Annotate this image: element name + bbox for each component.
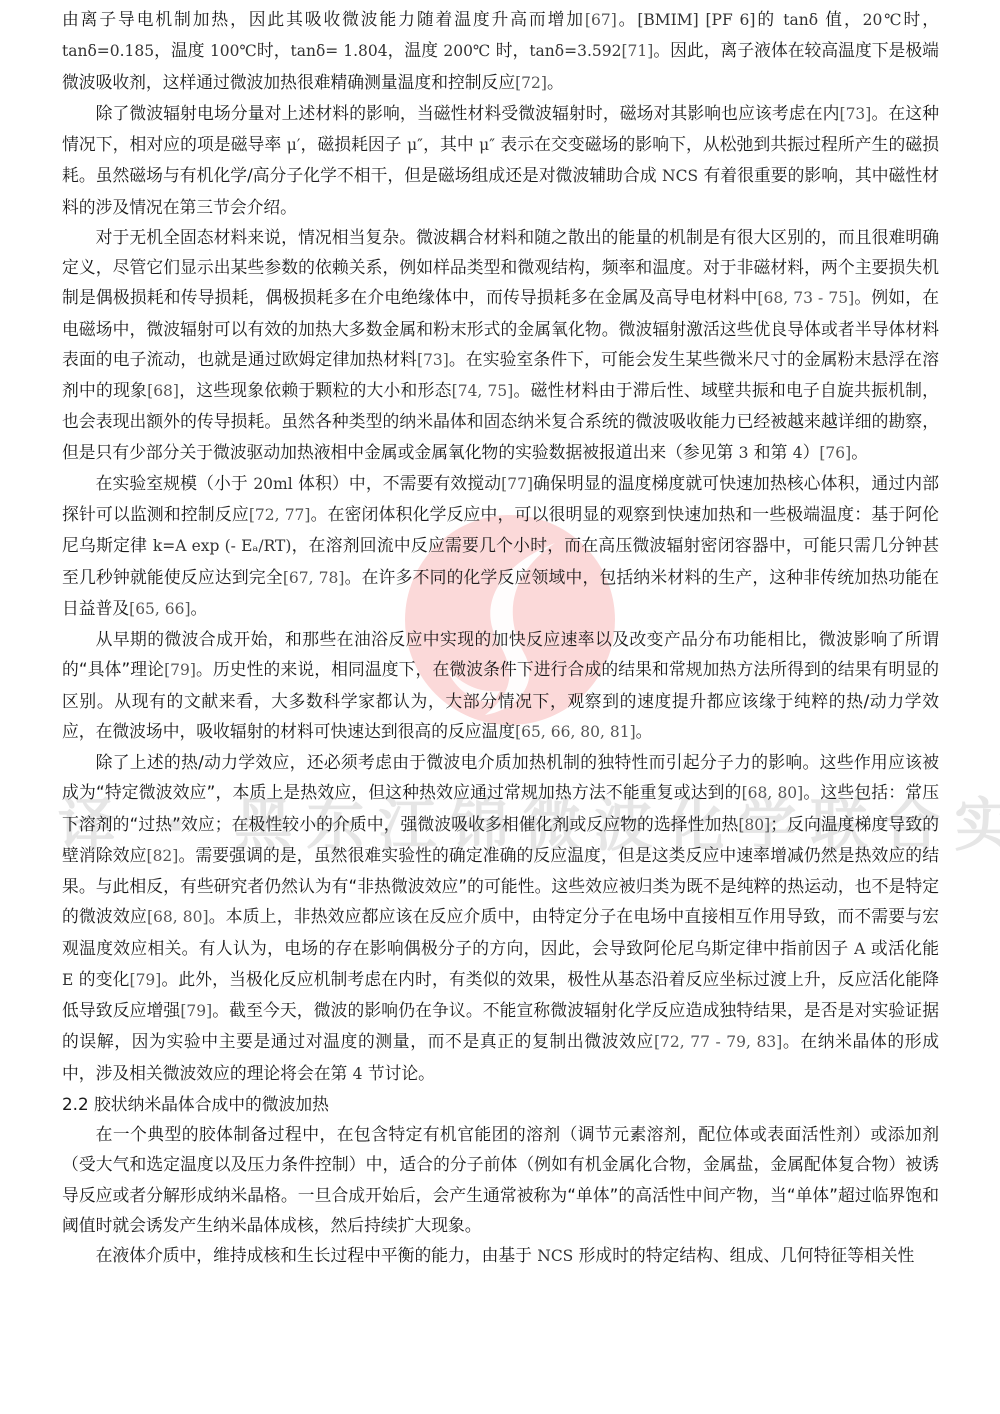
text-run: ，其中 xyxy=(423,134,479,154)
paragraph: 在一个典型的胶体制备过程中，在包含特定有机官能团的溶剂（调节元素溶剂，配位体或表… xyxy=(62,1119,939,1240)
text-run: 在液体介质中，维持成核和生长过程中平衡的能力，由基于 xyxy=(96,1245,538,1265)
citation: [76] xyxy=(819,444,851,462)
text-run: ） xyxy=(803,442,820,462)
citation: [67] xyxy=(585,11,617,29)
text-run: 体积）中，不需要有效搅动 xyxy=(293,473,501,493)
text-run: 或活化能 xyxy=(865,938,939,958)
text-run: 。 xyxy=(191,598,208,618)
paragraph: 由离子导电机制加热，因此其吸收微波能力随着温度升高而增加[67]。[BMIM] … xyxy=(62,4,939,98)
text-run: ，温度 xyxy=(154,40,210,60)
citation: [68, 80] xyxy=(742,784,804,802)
paragraph: 除了上述的热/动力学效应，还必须考虑由于微波电介质加热机制的独特性而引起分子力的… xyxy=(62,747,939,1089)
inline-term: 4 xyxy=(793,444,803,462)
document-page: 由离子导电机制加热，因此其吸收微波能力随着温度升高而增加[67]。[BMIM] … xyxy=(62,4,939,1271)
inline-term: NCS xyxy=(537,1247,573,1265)
inline-term: μ′ xyxy=(287,136,301,154)
inline-term: 20℃ xyxy=(863,11,904,29)
inline-term: E xyxy=(62,971,73,989)
citation: [71] xyxy=(621,42,653,60)
citation: [68] xyxy=(147,382,179,400)
paragraph: 对于无机全固态材料来说，情况相当复杂。微波耦合材料和随之散出的能量的机制是有很大… xyxy=(62,222,939,468)
inline-term: 4 xyxy=(353,1065,363,1083)
citation: [77] xyxy=(501,475,533,493)
section-heading: 2.2 胶状纳米晶体合成中的微波加热 xyxy=(62,1089,939,1119)
citation: [65, 66, 80, 81] xyxy=(515,723,636,741)
paragraph: 除了微波辐射电场分量对上述材料的影响，当磁性材料受微波辐射时，磁场对其影响也应该… xyxy=(62,98,939,222)
citation: [73] xyxy=(417,351,449,369)
citation: [80] xyxy=(738,816,770,834)
inline-term: NCS xyxy=(662,167,698,185)
text-run: 形成时的特定结构、组成、几何特征等相关性 xyxy=(573,1245,914,1265)
inline-term: [BMIM] [PF 6] xyxy=(637,11,755,29)
citation: [79] xyxy=(180,1002,212,1020)
text-run: 的 xyxy=(755,9,783,29)
citation: [72] xyxy=(515,74,547,92)
inline-term: tanδ=3.592 xyxy=(529,42,621,60)
body-paragraphs: 由离子导电机制加热，因此其吸收微波能力随着温度升高而增加[67]。[BMIM] … xyxy=(62,4,939,1089)
citation: [73] xyxy=(840,105,872,123)
text-run: 。 xyxy=(547,72,564,92)
text-run: 由离子导电机制加热，因此其吸收微波能力随着温度升高而增加 xyxy=(62,9,585,29)
citation: [67, 78] xyxy=(283,569,345,587)
text-run: 的变化 xyxy=(73,969,129,989)
section-paragraphs: 在一个典型的胶体制备过程中，在包含特定有机官能团的溶剂（调节元素溶剂，配位体或表… xyxy=(62,1119,939,1271)
citation: [68, 73 - 75] xyxy=(757,289,854,307)
citation: [72, 77 - 79, 83] xyxy=(654,1033,782,1051)
text-run: 时， xyxy=(904,9,939,29)
text-run: 和第 xyxy=(748,442,792,462)
text-run: 时， xyxy=(490,40,529,60)
citation: [82] xyxy=(147,847,179,865)
text-run: ，温度 xyxy=(388,40,444,60)
text-run: ，磁损耗因子 xyxy=(300,134,407,154)
inline-term: k=A exp (- Eₐ/RT) xyxy=(153,537,292,555)
text-run: 值， xyxy=(818,9,863,29)
inline-term: tanδ xyxy=(783,11,818,29)
text-run: 时， xyxy=(257,40,291,60)
text-run: 。 xyxy=(617,9,638,29)
text-run: 节讨论。 xyxy=(363,1063,435,1083)
citation: [68, 80] xyxy=(147,908,209,926)
inline-term: tanδ=0.185 xyxy=(62,42,154,60)
inline-term: tanδ= 1.804 xyxy=(291,42,388,60)
text-run: ，这些现象依赖于颗粒的大小和形态 xyxy=(179,380,452,400)
text-run: 在实验室规模（小于 xyxy=(96,473,254,493)
inline-term: 3 xyxy=(739,444,749,462)
citation: [79] xyxy=(164,661,196,679)
paragraph: 在实验室规模（小于 20ml 体积）中，不需要有效搅动[77]确保明显的温度梯度… xyxy=(62,468,939,624)
inline-term: 20ml xyxy=(253,475,292,493)
text-run: 。 xyxy=(636,721,653,741)
text-run: 。 xyxy=(851,442,868,462)
citation: [74, 75] xyxy=(452,382,514,400)
citation: [79] xyxy=(130,971,162,989)
citation: [72, 77] xyxy=(249,506,311,524)
inline-term: μ″ xyxy=(479,136,495,154)
citation: [65, 66] xyxy=(129,600,190,618)
paragraph: 从早期的微波合成开始，和那些在油浴反应中实现的加快反应速率以及改变产品分布功能相… xyxy=(62,624,939,747)
inline-term: 200℃ xyxy=(443,42,490,60)
inline-term: 100℃ xyxy=(210,42,257,60)
paragraph: 在液体介质中，维持成核和生长过程中平衡的能力，由基于 NCS 形成时的特定结构、… xyxy=(62,1240,939,1271)
text-run: 除了微波辐射电场分量对上述材料的影响，当磁性材料受微波辐射时，磁场对其影响也应该… xyxy=(96,103,840,123)
inline-term: μ″ xyxy=(407,136,423,154)
inline-term: A xyxy=(854,940,865,958)
text-run: 在一个典型的胶体制备过程中，在包含特定有机官能团的溶剂（调节元素溶剂，配位体或表… xyxy=(62,1124,939,1235)
